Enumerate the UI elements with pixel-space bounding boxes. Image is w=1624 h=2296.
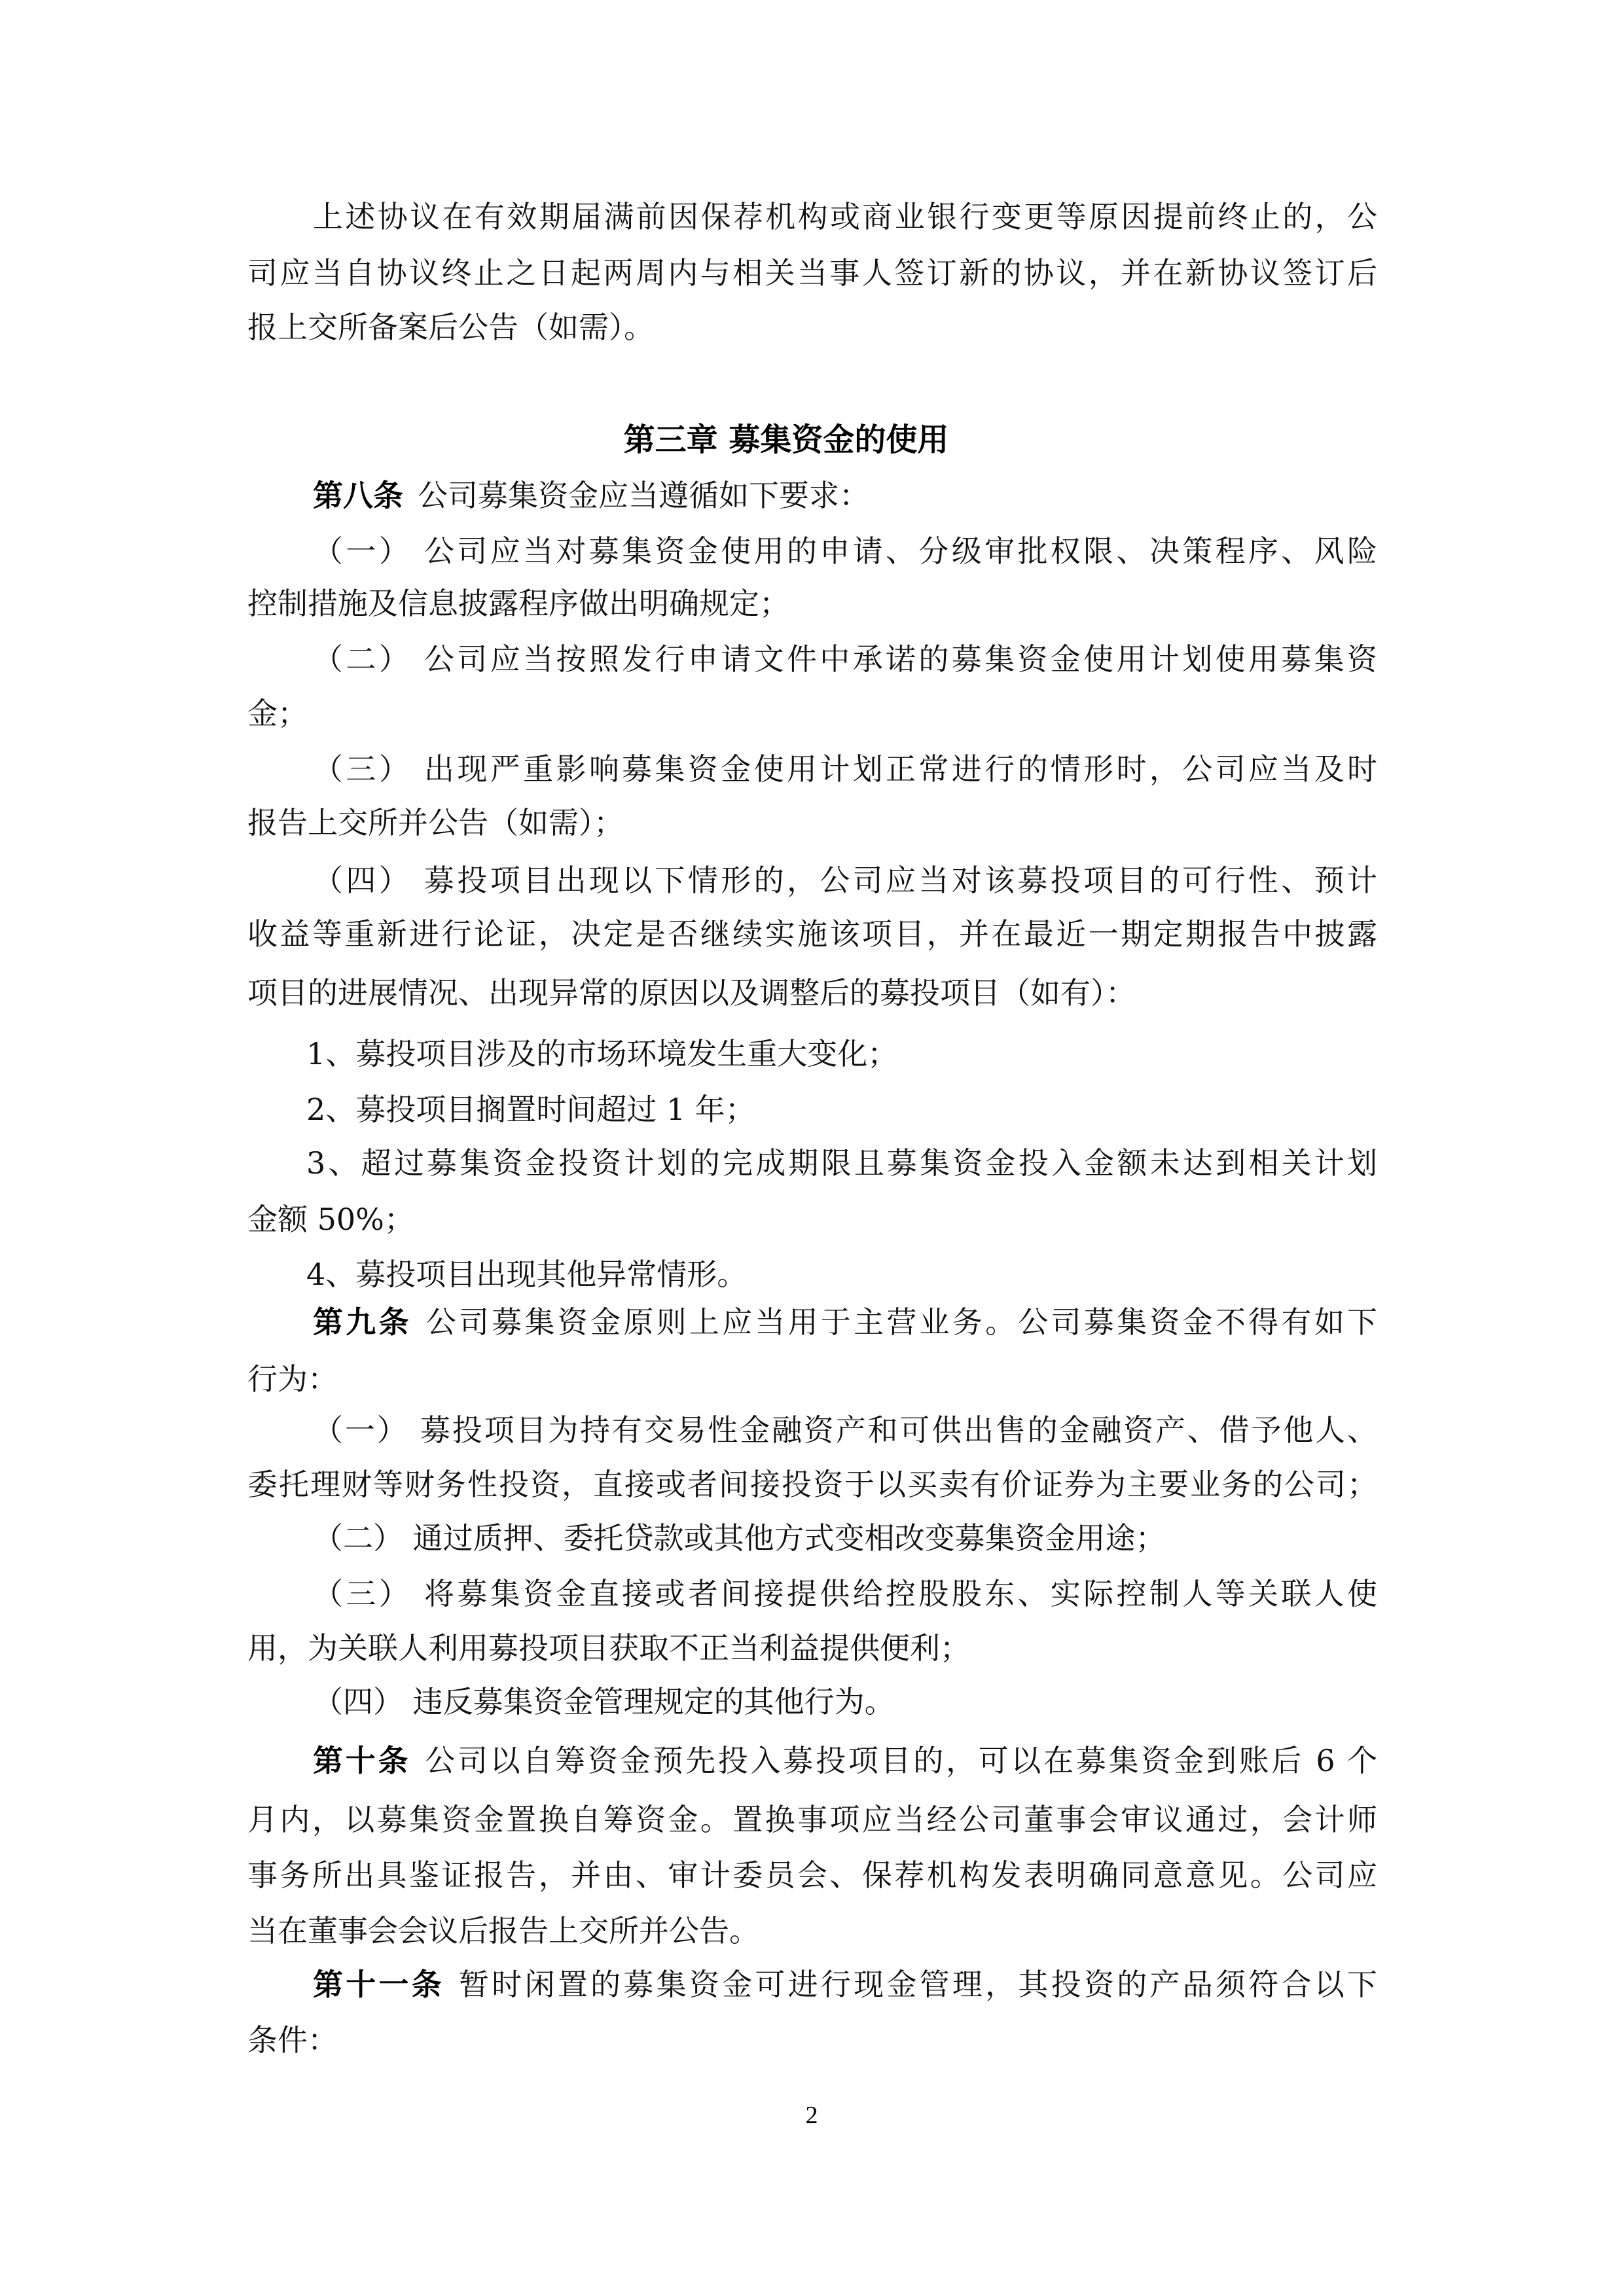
article-8-text: 公司募集资金应当遵循如下要求： — [418, 478, 869, 513]
article-10-line-3: 事务所出具鉴证报告，并由、审计委员会、保荐机构发表明确同意意见。公司应 — [247, 1856, 1377, 1895]
article-8-subitem-3-line-1: 3、超过募集资金投资计划的完成期限且募集资金投入金额未达到相关计划 — [306, 1143, 1377, 1183]
article-10-text: 公司以自筹资金预先投入募投项目的，可以在募集资金到账后 6 个 — [425, 1743, 1377, 1778]
article-8-subitem-2: 2、募投项目搁置时间超过 1 年； — [306, 1090, 1377, 1129]
article-9-item-3-line-2: 用，为关联人利用募投项目获取不正当利益提供便利； — [247, 1628, 1377, 1668]
article-8-subitem-1: 1、募投项目涉及的市场环境发生重大变化； — [306, 1034, 1377, 1073]
article-8-item-4-line-1: （四） 募投项目出现以下情形的，公司应当对该募投项目的可行性、预计 — [313, 861, 1377, 900]
article-8-item-4-line-2: 收益等重新进行论证，决定是否继续实施该项目，并在最近一期定期报告中披露 — [247, 914, 1377, 954]
article-8-item-3-line-2: 报告上交所并公告（如需）； — [247, 803, 1377, 842]
article-9-line-1: 第九条公司募集资金原则上应当用于主营业务。公司募集资金不得有如下 — [313, 1302, 1377, 1342]
intro-line-3: 报上交所备案后公告（如需）。 — [247, 308, 1377, 347]
article-8-line-1: 第八条公司募集资金应当遵循如下要求： — [313, 476, 1377, 515]
document-page: 上述协议在有效期届满前因保荐机构或商业银行变更等原因提前终止的，公 司应当自协议… — [0, 0, 1624, 2296]
page-number: 2 — [779, 2101, 844, 2130]
article-11-line-1: 第十一条暂时闲置的募集资金可进行现金管理，其投资的产品须符合以下 — [313, 1965, 1377, 2004]
intro-line-2: 司应当自协议终止之日起两周内与相关当事人签订新的协议，并在新协议签订后 — [247, 253, 1377, 293]
article-8-item-4-line-3: 项目的进展情况、出现异常的原因以及调整后的募投项目（如有）： — [247, 973, 1377, 1013]
intro-line-1: 上述协议在有效期届满前因保荐机构或商业银行变更等原因提前终止的，公 — [313, 197, 1377, 236]
article-9-label: 第九条 — [313, 1304, 412, 1340]
article-9-text: 公司募集资金原则上应当用于主营业务。公司募集资金不得有如下 — [426, 1304, 1377, 1340]
article-9-item-2: （二） 通过质押、委托贷款或其他方式变相改变募集资金用途； — [313, 1518, 1377, 1558]
article-8-item-1-line-1: （一） 公司应当对募集资金使用的申请、分级审批权限、决策程序、风险 — [313, 531, 1377, 571]
article-9-line-2: 行为： — [247, 1359, 1377, 1399]
article-9-item-1-line-1: （一） 募投项目为持有交易性金融资产和可供出售的金融资产、借予他人、 — [313, 1410, 1377, 1450]
chapter-heading: 第三章 募集资金的使用 — [247, 420, 1377, 459]
article-9-item-1-line-2: 委托理财等财务性投资，直接或者间接投资于以买卖有价证券为主要业务的公司； — [247, 1465, 1377, 1504]
article-8-item-2-line-2: 金； — [247, 694, 1377, 733]
article-10-label: 第十条 — [313, 1743, 410, 1778]
article-9-item-3-line-1: （三） 将募集资金直接或者间接提供给控股股东、实际控制人等关联人使 — [313, 1574, 1377, 1613]
article-11-label: 第十一条 — [313, 1967, 444, 2002]
article-8-label: 第八条 — [313, 478, 403, 513]
article-8-subitem-4: 4、募投项目出现其他异常情形。 — [306, 1255, 1377, 1294]
article-10-line-4: 当在董事会会议后报告上交所并公告。 — [247, 1911, 1377, 1950]
article-8-item-3-line-1: （三） 出现严重影响募集资金使用计划正常进行的情形时，公司应当及时 — [313, 749, 1377, 789]
article-10-line-1: 第十条公司以自筹资金预先投入募投项目的，可以在募集资金到账后 6 个 — [313, 1741, 1377, 1780]
article-10-line-2: 月内，以募集资金置换自筹资金。置换事项应当经公司董事会审议通过，会计师 — [247, 1800, 1377, 1839]
article-11-text: 暂时闲置的募集资金可进行现金管理，其投资的产品须符合以下 — [459, 1967, 1377, 2002]
article-8-subitem-3-line-2: 金额 50%； — [247, 1200, 1377, 1239]
article-8-item-1-line-2: 控制措施及信息披露程序做出明确规定； — [247, 584, 1377, 623]
article-8-item-2-line-1: （二） 公司应当按照发行申请文件中承诺的募集资金使用计划使用募集资 — [313, 639, 1377, 679]
article-9-item-4: （四） 违反募集资金管理规定的其他行为。 — [313, 1682, 1377, 1721]
article-11-line-2: 条件： — [247, 2020, 1377, 2060]
